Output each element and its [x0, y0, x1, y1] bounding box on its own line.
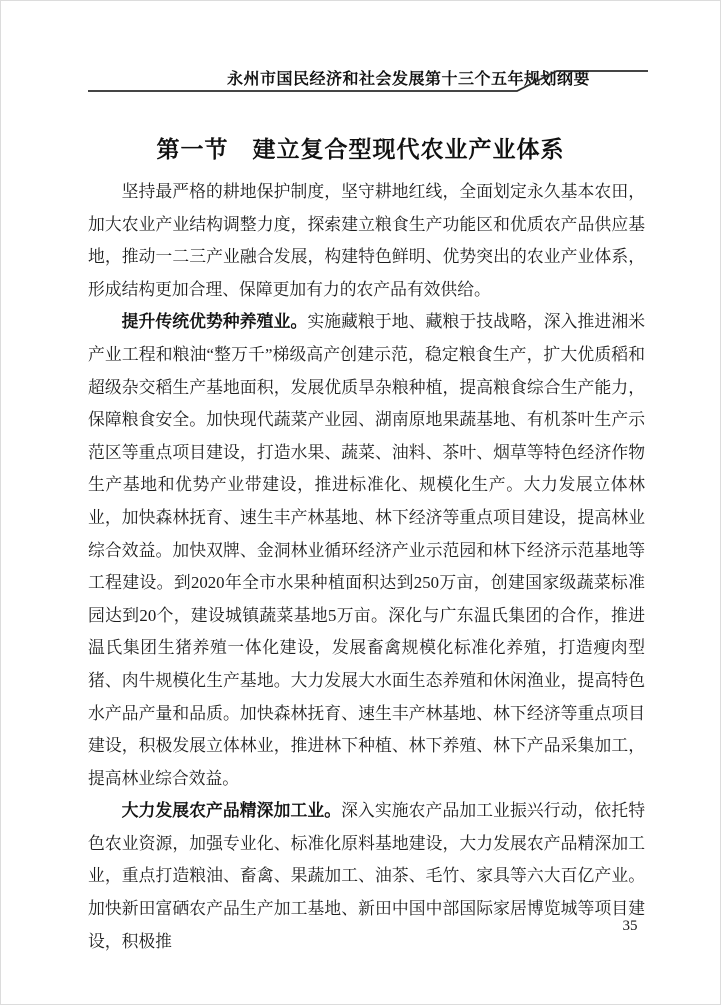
paragraph-2-lead: 提升传统优势种养殖业。	[122, 312, 308, 331]
document-page: 永州市国民经济和社会发展第十三个五年规划纲要 第一节 建立复合型现代农业产业体系…	[0, 0, 721, 1005]
page-number: 35	[600, 918, 660, 935]
header-rule-line	[75, 58, 650, 98]
paragraph-1: 坚持最严格的耕地保护制度，坚守耕地红线，全面划定永久基本农田，加大农业产业结构调…	[88, 176, 645, 306]
page-header: 永州市国民经济和社会发展第十三个五年规划纲要	[75, 58, 650, 98]
paragraph-2: 提升传统优势种养殖业。实施藏粮于地、藏粮于技战略，深入推进湘米产业工程和粮油“整…	[88, 306, 645, 795]
paragraph-3-text: 深入实施农产品加工业振兴行动，依托特色农业资源，加强专业化、标准化原料基地建设，…	[88, 801, 645, 950]
body-text: 坚持最严格的耕地保护制度，坚守耕地红线，全面划定永久基本农田，加大农业产业结构调…	[88, 176, 645, 958]
paragraph-2-text: 实施藏粮于地、藏粮于技战略，深入推进湘米产业工程和粮油“整万千”梯级高产创建示范…	[88, 312, 645, 787]
paragraph-1-text: 坚持最严格的耕地保护制度，坚守耕地红线，全面划定永久基本农田，加大农业产业结构调…	[88, 182, 645, 299]
paragraph-3-lead: 大力发展农产品精深加工业。	[122, 801, 342, 820]
paragraph-3: 大力发展农产品精深加工业。深入实施农产品加工业振兴行动，依托特色农业资源，加强专…	[88, 795, 645, 958]
